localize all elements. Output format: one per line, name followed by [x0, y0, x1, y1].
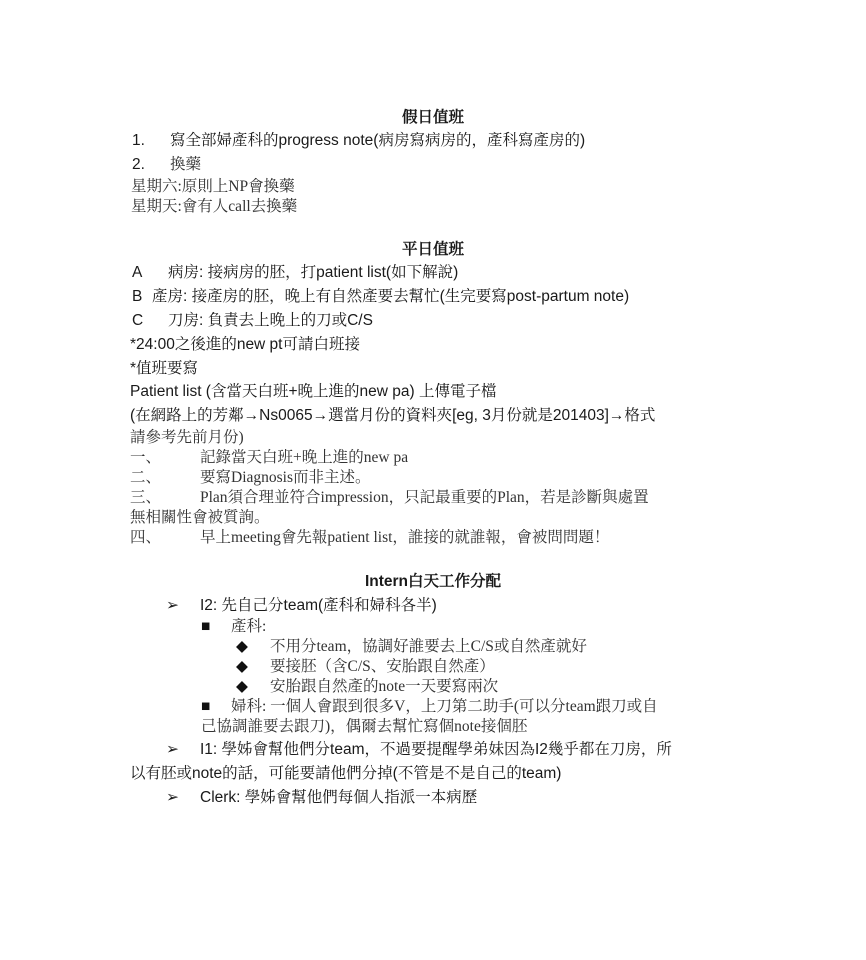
holiday-item-2: 2.換藥 [132, 155, 201, 175]
holiday-title: 假日值班 [0, 108, 866, 128]
rule-1: 一、記錄當天白班+晚上進的new pa [130, 448, 408, 468]
holiday-item-1: 1.寫全部婦產科的progress note(病房寫病房的，產科寫產房的) [132, 131, 585, 151]
duty-note: *值班要寫 [130, 359, 198, 379]
square-bullet-icon: ■ [201, 617, 231, 637]
night-note: *24:00之後進的new pt可請白班接 [130, 335, 360, 355]
rule-2: 二、要寫Diagnosis而非主述。 [130, 468, 371, 488]
gyn-line-1: ■婦科: 一個人會跟到很多V，上刀第二助手(可以分team跟刀或自 [201, 697, 658, 717]
ob-item-3: ◆安胎跟自然產的note一天要寫兩次 [236, 677, 498, 697]
i2-line: ➢I2: 先自己分team(產科和婦科各半) [166, 596, 437, 616]
diamond-bullet-icon: ◆ [236, 637, 270, 657]
diamond-bullet-icon: ◆ [236, 657, 270, 677]
rule-4: 四、早上meeting會先報patient list，誰接的就誰報，會被問問題！ [130, 528, 609, 548]
square-bullet-icon: ■ [201, 697, 231, 717]
arrow-bullet-icon: ➢ [166, 740, 200, 760]
weekday-item-a: A病房: 接病房的胚，打patient list(如下解說) [132, 263, 458, 283]
path-line-1: (在網路上的芳鄰→Ns0065→選當月份的資料夾[eg, 3月份就是201403… [130, 406, 655, 426]
patient-list-line: Patient list (含當天白班+晚上進的new pa) 上傳電子檔 [130, 382, 496, 402]
weekday-title: 平日值班 [0, 240, 866, 260]
path-line-2: 請參考先前月份) [130, 428, 244, 448]
ob-item-2: ◆要接胚（含C/S、安胎跟自然產） [236, 657, 495, 677]
gyn-line-2: 己協調誰要去跟刀)，偶爾去幫忙寫個note接個胚 [201, 717, 527, 737]
i1-line-2: 以有胚或note的話，可能要請他們分掉(不管是不是自己的team) [130, 764, 561, 784]
diamond-bullet-icon: ◆ [236, 677, 270, 697]
weekday-item-c: C刀房: 負責去上晚上的刀或C/S [132, 311, 373, 331]
clerk-line: ➢Clerk: 學姊會幫他們每個人指派一本病歷 [166, 788, 477, 808]
arrow-bullet-icon: ➢ [166, 788, 200, 808]
intern-title: Intern白天工作分配 [0, 572, 866, 592]
ob-label: ■產科: [201, 617, 266, 637]
holiday-saturday: 星期六:原則上NP會換藥 [131, 177, 295, 197]
i1-line-1: ➢I1: 學姊會幫他們分team，不過要提醒學弟妹因為I2幾乎都在刀房，所 [166, 740, 672, 760]
rule-3: 三、Plan須合理並符合impression，只記最重要的Plan，若是診斷與處… [130, 488, 649, 508]
rule-3-cont: 無相關性會被質詢。 [130, 508, 270, 528]
arrow-bullet-icon: ➢ [166, 596, 200, 616]
ob-item-1: ◆不用分team，協調好誰要去上C/S或自然產就好 [236, 637, 587, 657]
holiday-sunday: 星期天:會有人call去換藥 [131, 197, 297, 217]
weekday-item-b: B產房: 接產房的胚，晚上有自然產要去幫忙(生完要寫post-partum no… [132, 287, 629, 307]
